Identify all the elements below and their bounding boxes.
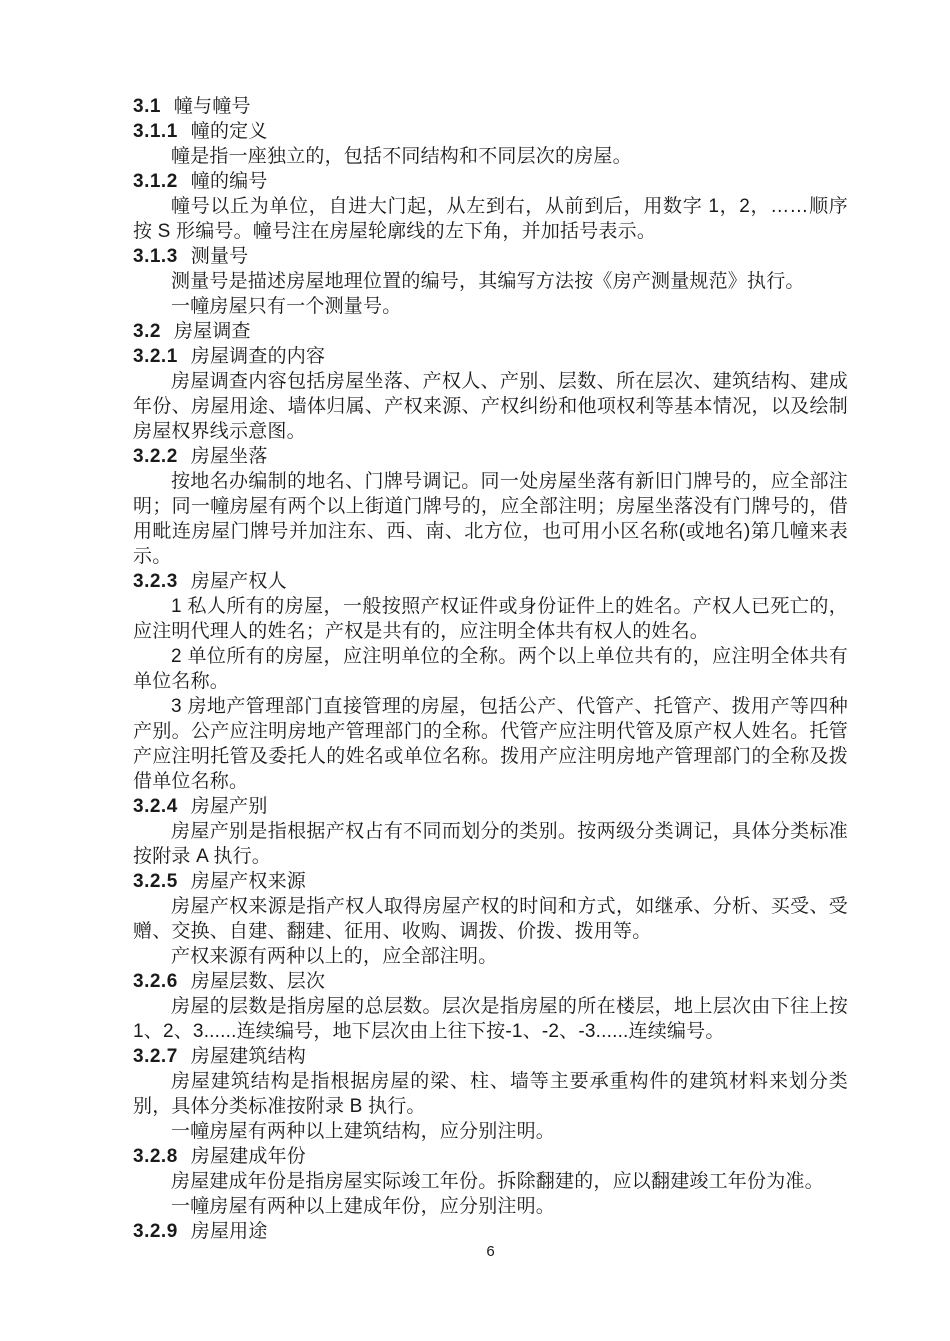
paragraph: 房屋的层数是指房屋的总层数。层次是指房屋的所在楼层，地上层次由下往上按 1、2、… [133, 994, 848, 1044]
paragraph: 房屋建筑结构是指根据房屋的梁、柱、墙等主要承重构件的建筑材料来划分类别，具体分类… [133, 1069, 848, 1119]
section-number: 3.2.8 [133, 1146, 178, 1167]
paragraph-text: 幢是指一座独立的，包括不同结构和不同层次的房屋。 [171, 146, 632, 167]
paragraph: 房屋调查内容包括房屋坐落、产权人、产别、层数、所在层次、建筑结构、建成年份、房屋… [133, 369, 848, 444]
section-heading: 3.2房屋调查 [133, 319, 848, 344]
section-number: 3.2.3 [133, 571, 178, 592]
paragraph: 一幢房屋有两种以上建成年份，应分别注明。 [133, 1194, 848, 1219]
paragraph: 3 房地产管理部门直接管理的房屋，包括公产、代管产、托管产、拨用产等四种产别。公… [133, 694, 848, 794]
section-title: 幢的编号 [191, 171, 268, 192]
section-number: 3.1.2 [133, 171, 178, 192]
paragraph-text: 房屋建成年份是指房屋实际竣工年份。拆除翻建的，应以翻建竣工年份为准。 [171, 1171, 824, 1192]
paragraph: 幢号以丘为单位，自进大门起，从左到右，从前到后，用数字 1，2，……顺序按 S … [133, 194, 848, 244]
paragraph: 2 单位所有的房屋，应注明单位的全称。两个以上单位共有的，应注明全体共有单位名称… [133, 644, 848, 694]
section-number: 3.2.7 [133, 1046, 178, 1067]
paragraph-text: 一幢房屋只有一个测量号。 [171, 296, 401, 317]
section-heading: 3.1.3测量号 [133, 244, 848, 269]
section-title: 房屋建成年份 [191, 1146, 306, 1167]
section-title: 房屋建筑结构 [191, 1046, 306, 1067]
section-title: 房屋产别 [191, 796, 268, 817]
page-number: 6 [133, 1241, 848, 1263]
paragraph-text: 1 私人所有的房屋，一般按照产权证件或身份证件上的姓名。产权人已死亡的，应注明代… [133, 596, 848, 642]
section-title: 房屋调查的内容 [191, 346, 325, 367]
paragraph: 房屋建成年份是指房屋实际竣工年份。拆除翻建的，应以翻建竣工年份为准。 [133, 1169, 848, 1194]
section-heading: 3.2.6房屋层数、层次 [133, 969, 848, 994]
section-number: 3.2 [133, 321, 161, 342]
paragraph: 1 私人所有的房屋，一般按照产权证件或身份证件上的姓名。产权人已死亡的，应注明代… [133, 594, 848, 644]
section-number: 3.2.9 [133, 1221, 178, 1242]
paragraph-text: 产权来源有两种以上的，应全部注明。 [171, 946, 497, 967]
section-heading: 3.2.2房屋坐落 [133, 444, 848, 469]
section-number: 3.2.2 [133, 446, 178, 467]
paragraph-text: 房屋调查内容包括房屋坐落、产权人、产别、层数、所在层次、建筑结构、建成年份、房屋… [133, 371, 848, 442]
paragraph-text: 房屋产权来源是指产权人取得房屋产权的时间和方式，如继承、分析、买受、受赠、交换、… [133, 896, 848, 942]
paragraph: 一幢房屋只有一个测量号。 [133, 294, 848, 319]
section-title: 房屋产权来源 [191, 871, 306, 892]
section-title: 幢的定义 [191, 121, 268, 142]
paragraph-text: 房屋产别是指根据产权占有不同而划分的类别。按两级分类调记，具体分类标准按附录 A… [133, 821, 848, 867]
paragraph-text: 一幢房屋有两种以上建成年份，应分别注明。 [171, 1196, 555, 1217]
section-title: 幢与幢号 [174, 96, 251, 117]
section-heading: 3.2.7房屋建筑结构 [133, 1044, 848, 1069]
section-heading: 3.2.8房屋建成年份 [133, 1144, 848, 1169]
section-number: 3.2.5 [133, 871, 178, 892]
paragraph-text: 按地名办编制的地名、门牌号调记。同一处房屋坐落有新旧门牌号的，应全部注明；同一幢… [133, 471, 848, 567]
paragraph: 房屋产权来源是指产权人取得房屋产权的时间和方式，如继承、分析、买受、受赠、交换、… [133, 894, 848, 944]
section-title: 房屋用途 [191, 1221, 268, 1242]
section-number: 3.2.1 [133, 346, 178, 367]
paragraph-text: 一幢房屋有两种以上建筑结构，应分别注明。 [171, 1121, 555, 1142]
document-page: 3.1幢与幢号 3.1.1幢的定义 幢是指一座独立的，包括不同结构和不同层次的房… [0, 0, 950, 1341]
paragraph: 产权来源有两种以上的，应全部注明。 [133, 944, 848, 969]
section-title: 房屋产权人 [191, 571, 287, 592]
paragraph: 按地名办编制的地名、门牌号调记。同一处房屋坐落有新旧门牌号的，应全部注明；同一幢… [133, 469, 848, 569]
paragraph-text: 3 房地产管理部门直接管理的房屋，包括公产、代管产、托管产、拨用产等四种产别。公… [133, 696, 848, 792]
section-heading: 3.2.1房屋调查的内容 [133, 344, 848, 369]
paragraph: 房屋产别是指根据产权占有不同而划分的类别。按两级分类调记，具体分类标准按附录 A… [133, 819, 848, 869]
document-body: 3.1幢与幢号 3.1.1幢的定义 幢是指一座独立的，包括不同结构和不同层次的房… [133, 94, 848, 1244]
paragraph-text: 房屋建筑结构是指根据房屋的梁、柱、墙等主要承重构件的建筑材料来划分类别，具体分类… [133, 1071, 848, 1117]
section-number: 3.1.3 [133, 246, 178, 267]
paragraph-text: 幢号以丘为单位，自进大门起，从左到右，从前到后，用数字 1，2，……顺序按 S … [133, 196, 848, 242]
section-title: 房屋层数、层次 [191, 971, 325, 992]
section-heading: 3.2.4房屋产别 [133, 794, 848, 819]
section-title: 房屋坐落 [191, 446, 268, 467]
paragraph: 幢是指一座独立的，包括不同结构和不同层次的房屋。 [133, 144, 848, 169]
paragraph-text: 测量号是描述房屋地理位置的编号，其编写方法按《房产测量规范》执行。 [171, 271, 805, 292]
section-heading: 3.1幢与幢号 [133, 94, 848, 119]
section-number: 3.2.6 [133, 971, 178, 992]
section-heading: 3.1.1幢的定义 [133, 119, 848, 144]
paragraph-text: 房屋的层数是指房屋的总层数。层次是指房屋的所在楼层，地上层次由下往上按 1、2、… [133, 996, 848, 1042]
paragraph-text: 2 单位所有的房屋，应注明单位的全称。两个以上单位共有的，应注明全体共有单位名称… [133, 646, 848, 692]
section-number: 3.1.1 [133, 121, 178, 142]
section-title: 测量号 [191, 246, 249, 267]
paragraph: 测量号是描述房屋地理位置的编号，其编写方法按《房产测量规范》执行。 [133, 269, 848, 294]
paragraph: 一幢房屋有两种以上建筑结构，应分别注明。 [133, 1119, 848, 1144]
section-number: 3.1 [133, 96, 161, 117]
section-heading: 3.2.5房屋产权来源 [133, 869, 848, 894]
section-number: 3.2.4 [133, 796, 178, 817]
section-heading: 3.2.3房屋产权人 [133, 569, 848, 594]
section-title: 房屋调查 [174, 321, 251, 342]
section-heading: 3.1.2幢的编号 [133, 169, 848, 194]
